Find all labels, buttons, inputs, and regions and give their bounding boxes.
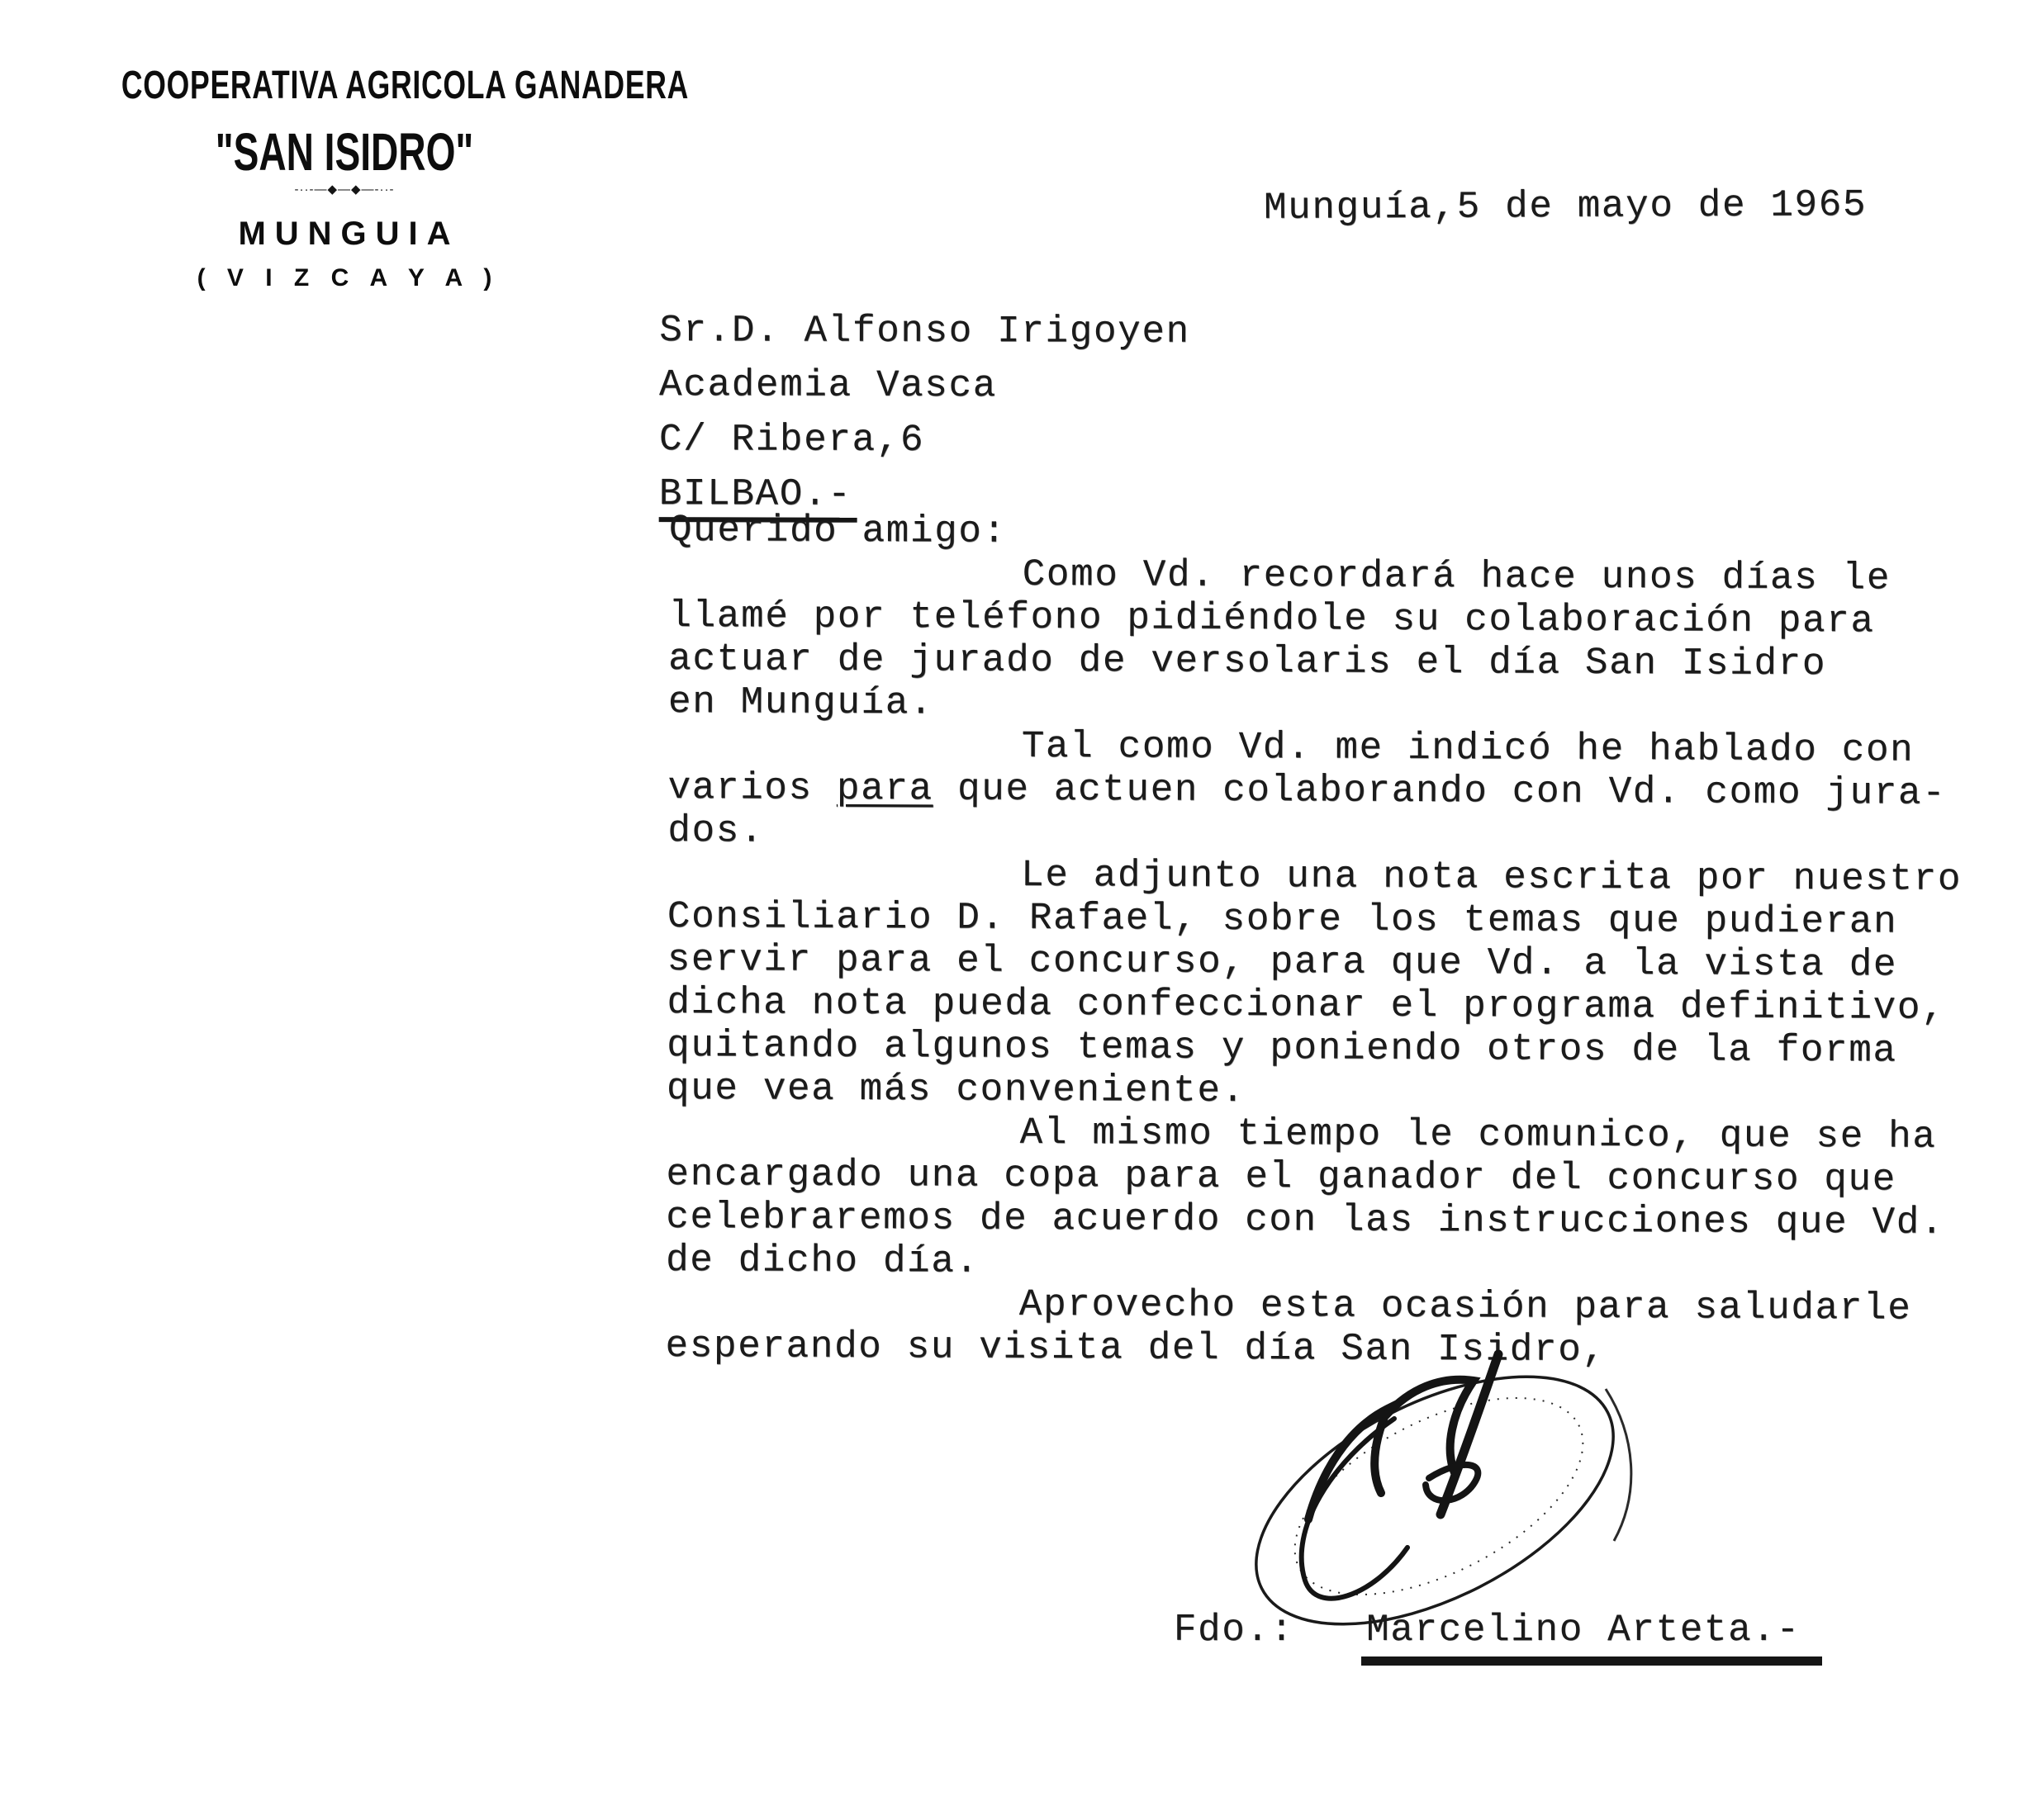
body-line: que vea más conveniente. xyxy=(667,1067,1961,1116)
body-line: Tal como Vd. me indicó he hablado con xyxy=(668,723,1963,772)
dateline: Munguía,5 de mayo de 1965 xyxy=(1264,183,1867,230)
body-line: Como Vd. recordará hace unos días le xyxy=(669,552,1963,600)
letterhead-city: MUNGUIA xyxy=(43,216,646,253)
body-line: servir para el concurso, para que Vd. a … xyxy=(667,938,1962,987)
recipient-name: Sr.D. Alfonso Irigoyen xyxy=(659,303,1190,359)
body-line: encargado una copa para el ganador del c… xyxy=(666,1153,1960,1201)
body-text: que actuen colaborando con Vd. como jura… xyxy=(933,767,1947,814)
body-line: celebraremos de acuerdo con las instrucc… xyxy=(666,1196,1960,1244)
recipient-block: Sr.D. Alfonso Irigoyen Academia Vasca C/… xyxy=(659,303,1190,524)
body-line: Le adjunto una nota escrita por nuestro xyxy=(667,852,1962,901)
letterhead: COOPERATIVA AGRICOLA GANADERA "SAN ISIDR… xyxy=(43,63,646,292)
body-line: actuar de jurado de versolaris el día Sa… xyxy=(668,637,1963,686)
salutation: Querido amigo: xyxy=(669,509,1963,557)
cooperative-title: "SAN ISIDRO" xyxy=(127,121,562,182)
letter-page: COOPERATIVA AGRICOLA GANADERA "SAN ISIDR… xyxy=(0,0,2022,1820)
body-line: quitando algunos temas y poniendo otros … xyxy=(667,1024,1961,1073)
recipient-street: C/ Ribera,6 xyxy=(659,412,1190,468)
body-line: Al mismo tiempo le comunico, que se ha xyxy=(667,1110,1961,1159)
body-line: varios para que actuen colaborando con V… xyxy=(667,766,1962,815)
body-line: Aprovecho esta ocasión para saludarle xyxy=(666,1282,1960,1330)
body-line: Consiliario D. Rafael, sobre los temas q… xyxy=(667,895,1962,944)
letterhead-divider-ornament: -··-—◆—◆—-··- xyxy=(43,184,646,196)
body-text: varios xyxy=(667,766,837,810)
body-line: en Munguía. xyxy=(668,680,1963,729)
organization-name: COOPERATIVA AGRICOLA GANADERA xyxy=(121,63,567,108)
letterhead-province: ( V I Z C A Y A ) xyxy=(43,264,646,292)
letter-body: Querido amigo: Como Vd. recordará hace u… xyxy=(665,509,1963,1373)
recipient-institution: Academia Vasca xyxy=(659,358,1190,414)
body-line: dicha nota pueda confeccionar el program… xyxy=(667,981,1961,1030)
underlined-word: para xyxy=(837,767,933,811)
body-line: de dicho día. xyxy=(666,1239,1960,1287)
body-line: dos. xyxy=(667,809,1962,858)
body-line: llamé por teléfono pidiéndole su colabor… xyxy=(668,595,1963,643)
handwritten-signature xyxy=(1232,1339,1645,1663)
